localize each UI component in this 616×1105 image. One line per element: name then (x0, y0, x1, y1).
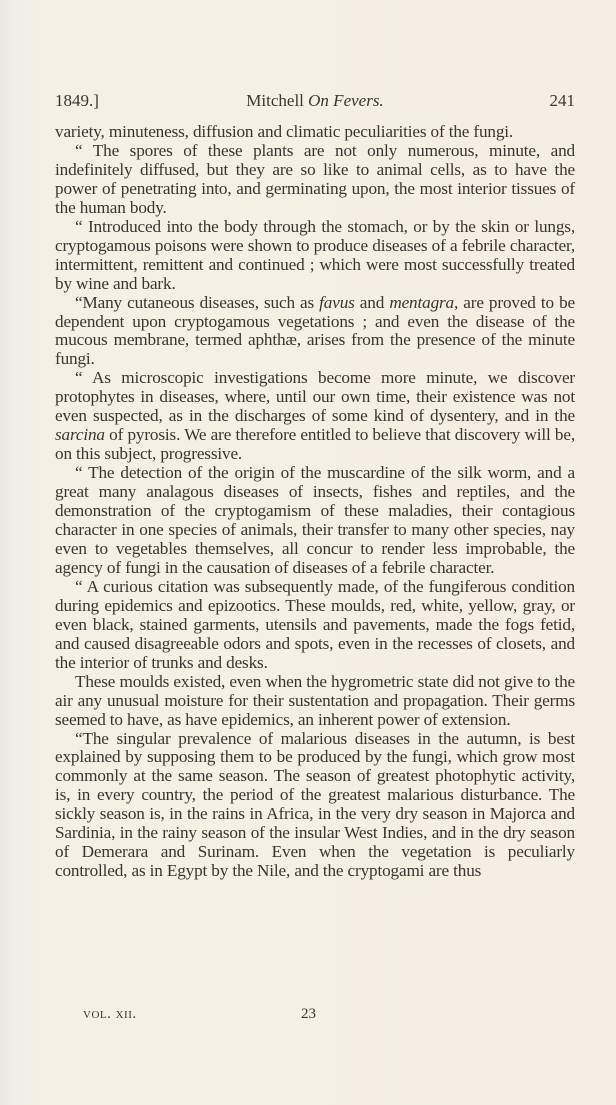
paragraph-4: “Many cutaneous diseases, such as favus … (55, 294, 575, 370)
italic-term: sarcina (55, 425, 105, 444)
page-number: 241 (550, 90, 576, 112)
signature-mark: 23 (301, 1004, 316, 1024)
italic-term: mentagra (389, 293, 454, 312)
header-article-title: On Fevers. (308, 91, 384, 110)
page-footer: vol. xii. 23 (55, 1004, 575, 1024)
header-title: Mitchell On Fevers. (55, 90, 575, 112)
paragraph-5: “ As microscopic investigations become m… (55, 369, 575, 464)
italic-term: favus (319, 293, 355, 312)
paragraph-2: “ The spores of these plants are not onl… (55, 142, 575, 218)
volume-label: vol. xii. (83, 1004, 137, 1024)
body-text: variety, minuteness, diffusion and clima… (55, 123, 575, 881)
paragraph-9: “The singular prevalence of malarious di… (55, 730, 575, 882)
paragraph-8: These moulds existed, even when the hygr… (55, 673, 575, 730)
paragraph-3: “ Introduced into the body through the s… (55, 218, 575, 294)
paragraph-1: variety, minuteness, diffusion and clima… (55, 123, 575, 142)
paragraph-7: “ A curious citation was subsequently ma… (55, 578, 575, 673)
running-head: 1849.] Mitchell On Fevers. 241 (55, 90, 575, 112)
paragraph-6: “ The detection of the origin of the mus… (55, 464, 575, 578)
header-author: Mitchell (246, 91, 304, 110)
